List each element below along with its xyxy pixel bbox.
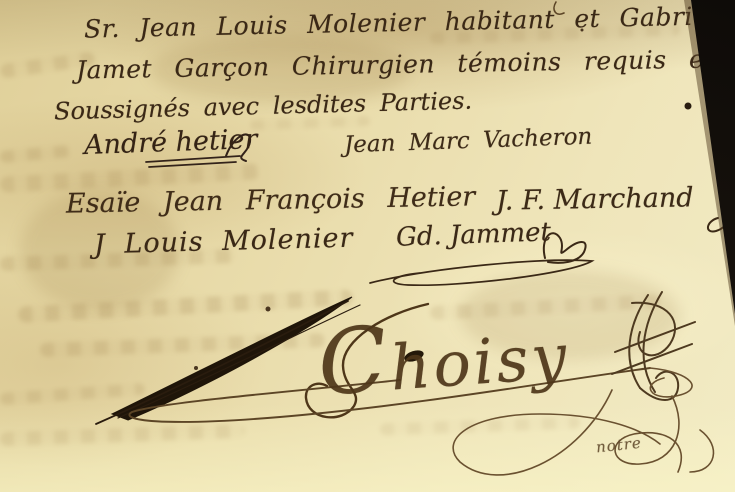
signature-jf-marchand: J. F. Marchand [496, 182, 694, 216]
choisy-monogram-paraph [612, 292, 695, 400]
bleed-through-streak [380, 417, 580, 436]
manuscript-line-1: Sr. Jean Louis Molenier habitant et Gabr… [84, 1, 717, 43]
bleed-through-streak [0, 383, 145, 405]
signature-gd-jammet: Gd. Jammet [396, 217, 552, 252]
manuscript-line-2: Jamet Garçon Chirurgien témoins requis e… [76, 44, 715, 84]
bleed-through-streak [18, 289, 353, 323]
ink-speck [685, 103, 692, 110]
signature-j-louis-molenier: J Louis Molenier [94, 223, 354, 261]
faint-word-notre: notre [595, 434, 642, 457]
marchand-tail-loop [708, 196, 730, 231]
ink-speck [266, 307, 271, 312]
signature-jean-marc-vacheron: Jean Marc Vacheron [344, 124, 593, 159]
manuscript-photo: Sr. Jean Louis Molenier habitant et Gabr… [0, 0, 735, 492]
thin-slash-stroke [96, 301, 348, 424]
jammet-underline-ellipse [370, 260, 592, 285]
signature-esaie-hetier: Esaïe Jean François Hetier [66, 181, 476, 219]
ink-speck [194, 366, 198, 370]
manuscript-line-3: Soussignés avec lesdites Parties. [54, 87, 473, 126]
signature-andre-hetier: André hetier [84, 124, 258, 161]
signature-choisy: Choisy [315, 295, 572, 416]
bleed-through-streak [0, 424, 245, 447]
bleed-through-streak [40, 333, 325, 357]
bleed-through-streak [0, 145, 70, 163]
